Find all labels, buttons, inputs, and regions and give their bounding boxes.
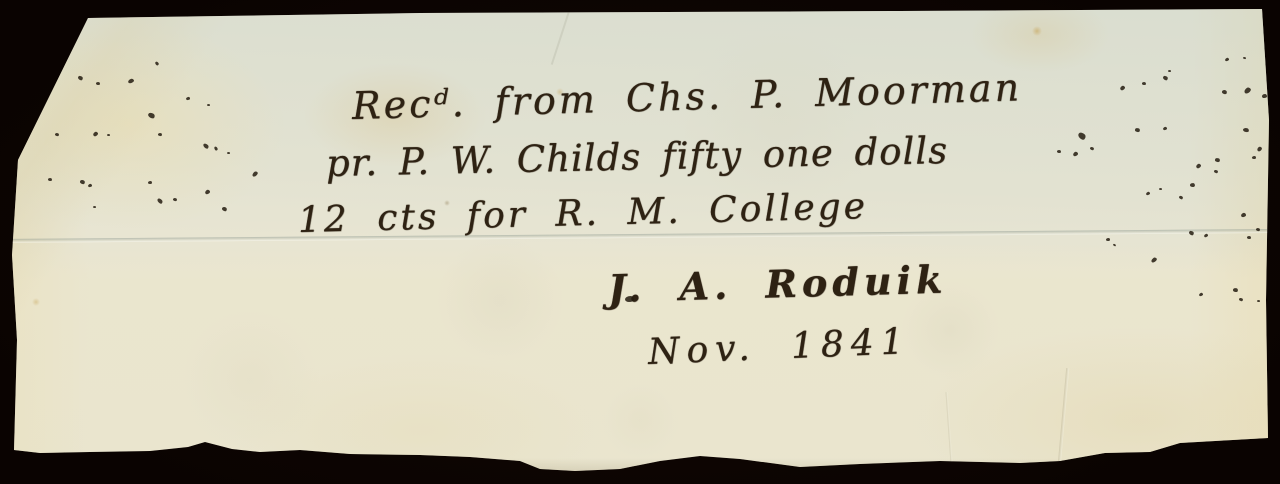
ink-spatter <box>186 97 190 101</box>
ink-spatter <box>1077 131 1087 141</box>
handwritten-date: Nov. 1841 <box>647 321 911 373</box>
ink-spatter <box>1195 163 1201 169</box>
ink-spatter <box>1090 146 1095 151</box>
ink-spatter <box>1150 257 1157 264</box>
ink-spatter <box>1256 146 1262 152</box>
ink-spatter <box>1257 300 1260 302</box>
ink-spatter <box>155 61 160 66</box>
ink-spatter <box>1241 212 1247 217</box>
ink-spatter <box>1233 287 1239 292</box>
ink-spatter <box>1256 227 1261 231</box>
handwritten-line-purpose: 12 cts for R. M. College <box>297 186 868 241</box>
ink-spatter <box>1214 169 1219 173</box>
ink-spatter <box>1106 238 1110 241</box>
ink-spatter <box>204 189 210 195</box>
ink-spatter <box>1239 297 1244 301</box>
handwritten-line-received-from: Recᵈ. from Chs. P. Moorman <box>351 65 1022 128</box>
ink-spatter <box>1179 195 1184 200</box>
ink-spatter <box>92 131 98 137</box>
handwritten-signature: J. A. Roduik <box>607 257 947 311</box>
ink-spatter <box>1057 150 1061 154</box>
ink-spatter <box>1119 85 1125 91</box>
ink-spatter <box>1204 233 1209 237</box>
ink-spatter <box>221 206 227 212</box>
ink-spatter <box>127 78 134 84</box>
ink-spatter <box>1159 188 1162 190</box>
ink-spatter <box>148 181 152 184</box>
wrinkle-crease <box>1058 368 1069 464</box>
ink-spatter <box>1134 127 1140 132</box>
ink-spatter <box>157 197 164 204</box>
ink-spatter <box>93 206 96 208</box>
ink-spatter <box>1243 57 1246 60</box>
ink-spatter <box>1252 156 1256 159</box>
ink-spatter <box>1072 151 1078 157</box>
ink-spatter <box>1168 70 1171 72</box>
wrinkle-crease <box>945 392 952 464</box>
paper-aging-texture <box>0 0 1280 484</box>
ink-spatter <box>1188 230 1194 236</box>
ink-spatter <box>214 146 218 151</box>
ink-spatter <box>202 142 209 149</box>
handwritten-line-amount: pr. P. W. Childs fifty one dolls <box>326 129 949 185</box>
ink-spatter <box>1190 183 1196 188</box>
ink-spatter <box>88 184 93 188</box>
ink-spatter <box>1221 89 1227 95</box>
ink-spatter <box>207 104 210 106</box>
wrinkle-crease <box>551 7 571 65</box>
ink-spatter <box>1247 236 1251 240</box>
scan-background: Recᵈ. from Chs. P. Moorman pr. P. W. Chi… <box>0 0 1280 484</box>
ink-spatter <box>1163 127 1168 131</box>
ink-spatter <box>1199 292 1204 296</box>
ink-spatter <box>227 152 230 154</box>
ink-spatter <box>173 197 178 201</box>
ink-spatter <box>55 132 60 136</box>
ink-spatter <box>1214 157 1220 162</box>
ink-spatter <box>1243 127 1250 132</box>
ink-spatter <box>158 133 163 137</box>
ink-spatter <box>251 171 258 178</box>
ink-spatter <box>77 75 83 81</box>
ink-spatter <box>1262 94 1267 98</box>
ink-spatter <box>1113 243 1117 246</box>
ink-spatter <box>96 82 100 86</box>
receipt-paper: Recᵈ. from Chs. P. Moorman pr. P. W. Chi… <box>0 0 1280 484</box>
ink-spatter <box>1225 57 1230 61</box>
ink-spatter <box>1142 82 1146 86</box>
ink-spatter <box>1162 75 1168 81</box>
ink-spatter <box>48 178 52 182</box>
ink-spatter <box>1243 86 1252 94</box>
ink-spatter <box>147 112 156 120</box>
ink-spatter <box>1146 191 1151 195</box>
ink-spatter <box>79 179 85 185</box>
ink-spatter <box>107 134 110 136</box>
